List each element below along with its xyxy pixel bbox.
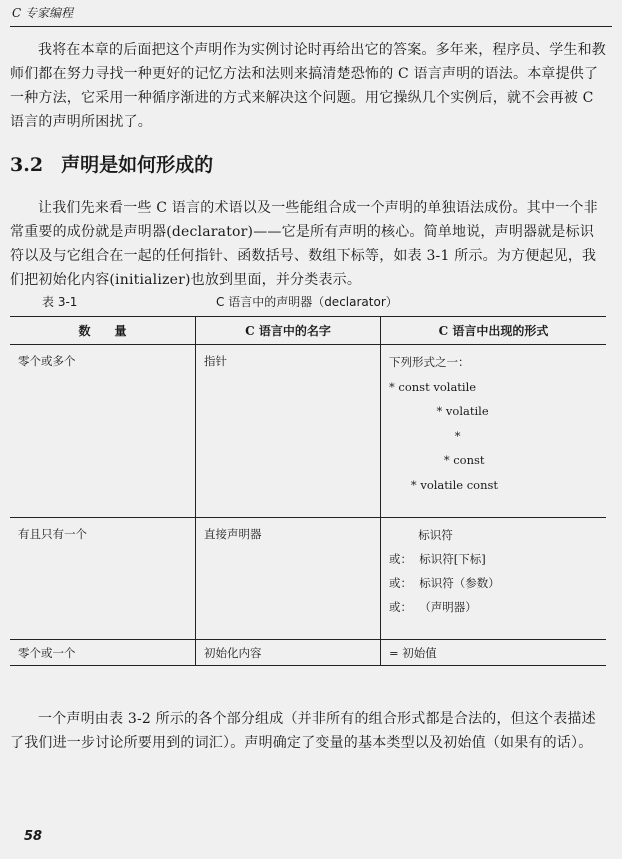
cell-name: 直接声明器 — [196, 518, 381, 640]
form-line: 下列形式之一： — [389, 353, 598, 378]
page-number: 58 — [24, 829, 42, 844]
cell-quantity: 零个或一个 — [10, 640, 196, 666]
cell-quantity: 有且只有一个 — [10, 518, 196, 640]
header-rule — [10, 26, 612, 27]
intro-paragraph: 我将在本章的后面把这个声明作为实例讨论时再给出它的答案。多年来，程序员、学生和教… — [10, 38, 607, 134]
form-line: 标识符 — [389, 526, 598, 550]
running-head: C 专家编程 — [12, 4, 73, 21]
form-line: 或： （声明器） — [389, 598, 598, 622]
header-c-name: C 语言中的名字 — [196, 317, 381, 345]
form-line: 或： 标识符[下标] — [389, 550, 598, 574]
cell-name: 初始化内容 — [196, 640, 381, 666]
table-row: 有且只有一个 直接声明器 标识符 或： 标识符[下标] 或： 标识符（参数） 或… — [10, 518, 606, 640]
section-number: 3.2 — [10, 154, 43, 176]
table-row: 零个或多个 指针 下列形式之一： * const volatile * vola… — [10, 345, 606, 518]
form-line: * volatile const — [389, 476, 598, 501]
form-line: 或： 标识符（参数） — [389, 574, 598, 598]
cell-forms: 下列形式之一： * const volatile * volatile * * … — [381, 345, 607, 518]
table-label: 表 3-1 — [42, 293, 77, 310]
header-c-form: C 语言中出现的形式 — [381, 317, 607, 345]
closing-paragraph: 一个声明由表 3-2 所示的各个部分组成（并非所有的组合形式都是合法的，但这个表… — [10, 707, 607, 755]
form-line: = 初始值 — [389, 646, 437, 660]
section-title: 声明是如何形成的 — [61, 154, 213, 176]
cell-forms: 标识符 或： 标识符[下标] 或： 标识符（参数） 或： （声明器） — [381, 518, 607, 640]
header-quantity: 数 量 — [10, 317, 196, 345]
section-heading: 3.2声明是如何形成的 — [10, 150, 213, 177]
form-line: * const — [389, 451, 598, 476]
table-title: C 语言中的声明器（declarator） — [216, 293, 398, 310]
form-line: * volatile — [389, 402, 598, 427]
table-header-row: 数 量 C 语言中的名字 C 语言中出现的形式 — [10, 317, 606, 345]
section-paragraph: 让我们先来看一些 C 语言的术语以及一些能组合成一个声明的单独语法成份。其中一个… — [10, 196, 607, 292]
table-row: 零个或一个 初始化内容 = 初始值 — [10, 640, 606, 666]
declarator-table: 数 量 C 语言中的名字 C 语言中出现的形式 零个或多个 指针 下列形式之一：… — [10, 316, 606, 666]
form-line: * const volatile — [389, 378, 598, 403]
cell-name: 指针 — [196, 345, 381, 518]
cell-forms: = 初始值 — [381, 640, 607, 666]
form-line: * — [389, 427, 598, 452]
cell-quantity: 零个或多个 — [10, 345, 196, 518]
